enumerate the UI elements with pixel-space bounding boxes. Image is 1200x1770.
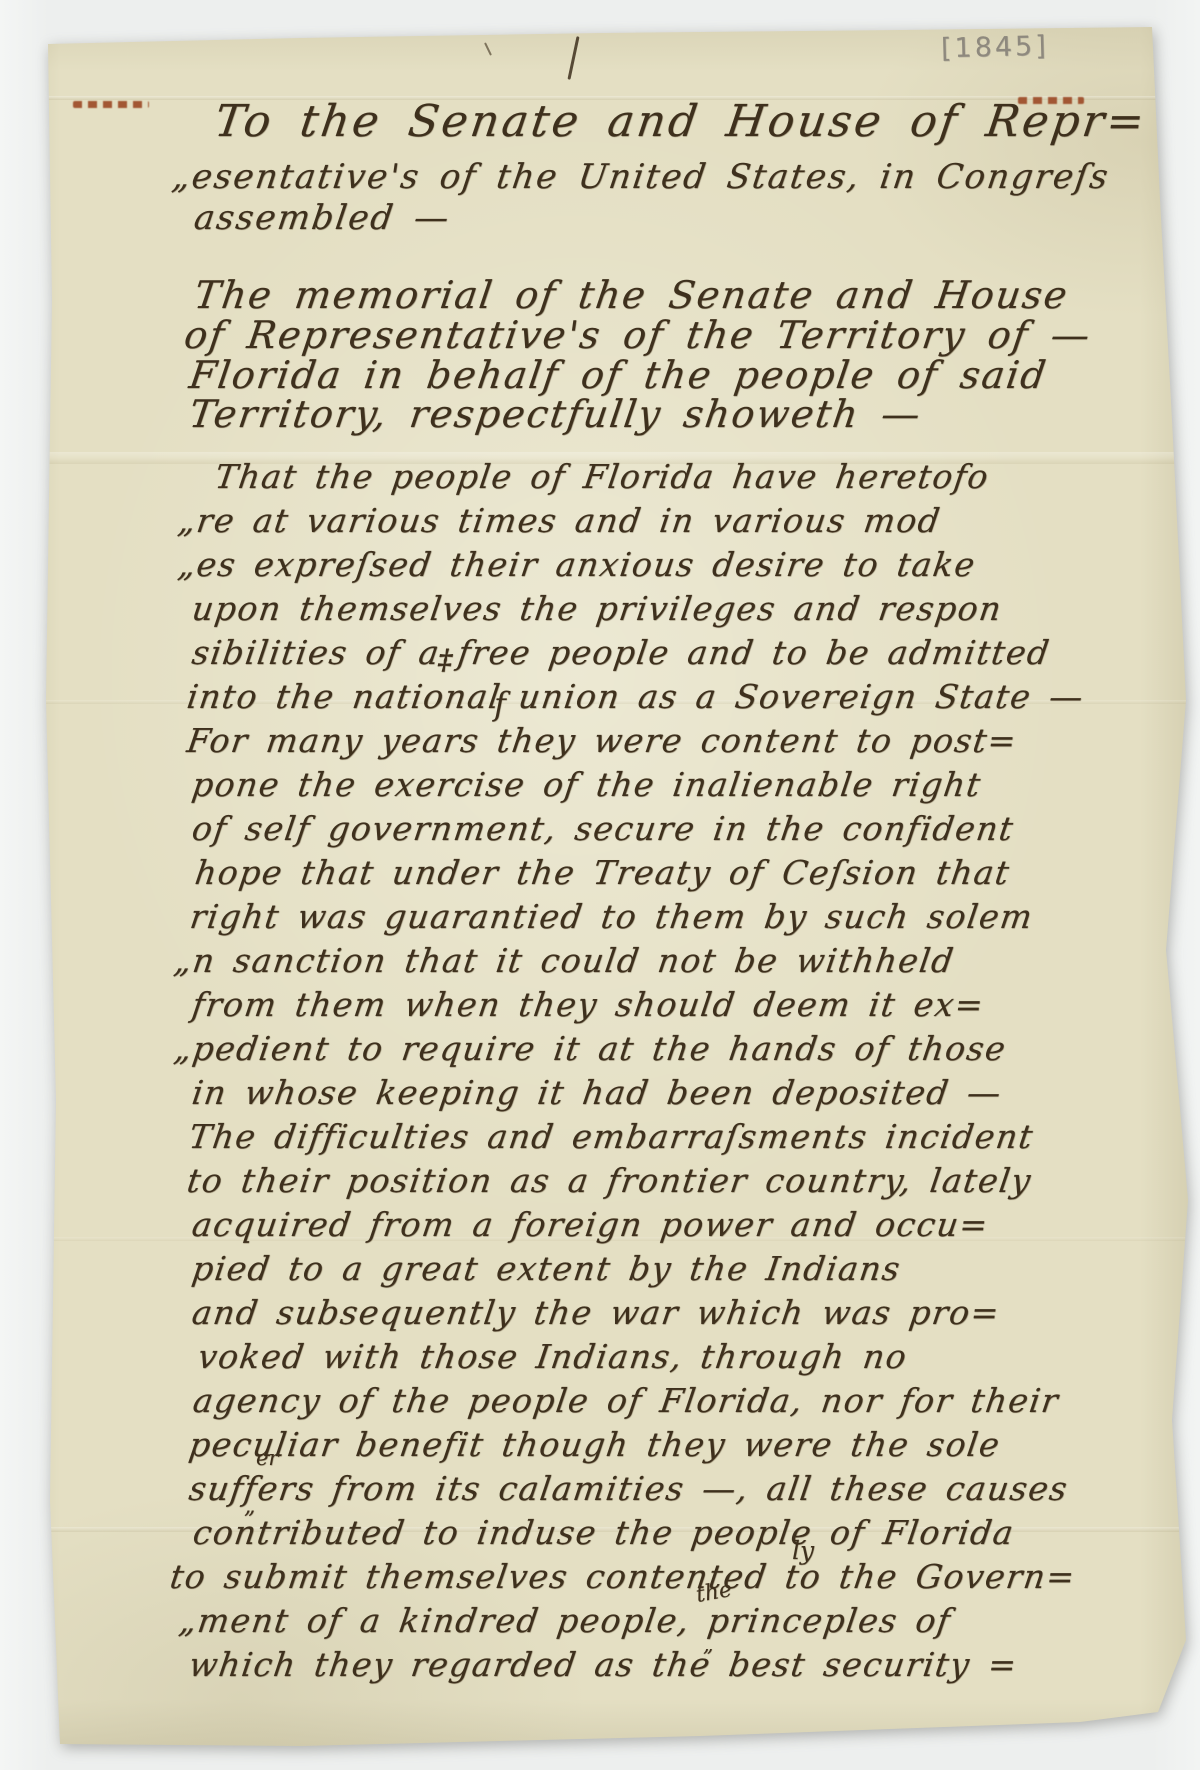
manuscript-line: to submit themselves contented to the Go… [168, 1560, 1078, 1593]
manuscript-line: That the people of Florida have heretofo [213, 460, 991, 493]
manuscript-line: pied to a great extent by the Indians [190, 1252, 903, 1285]
manuscript-line: suffers from its calamities —, all these… [187, 1472, 1070, 1505]
insertion-quote-mark: „ [703, 1634, 713, 1654]
pencil-year-annotation: [1845] [941, 31, 1050, 65]
manuscript-line: The memorial of the Senate and House [192, 276, 1071, 314]
manuscript-line: „es expreſsed their anxious desire to ta… [176, 548, 978, 581]
rust-stain [73, 101, 149, 108]
manuscript-line: Florida in behalf of the people of said [187, 356, 1050, 394]
paper-surface: [1845] To the Senate and House of Repr= … [0, 0, 1200, 1770]
document-scan: [1845] To the Senate and House of Repr= … [0, 0, 1200, 1770]
manuscript-line: upon themselves the privileges and respo… [190, 592, 1004, 625]
manuscript-line: „esentative's of the United States, in C… [170, 160, 1112, 194]
manuscript-line: right was guarantied to them by such sol… [188, 900, 1035, 933]
manuscript-line: „n sanction that it could not be withhel… [172, 944, 957, 977]
manuscript-line: voked with those Indians, through no [196, 1340, 910, 1373]
manuscript-line: to their position as a frontier country,… [185, 1164, 1034, 1197]
insertion-quote-mark: „ [244, 1496, 255, 1518]
manuscript-line: For many years they were content to post… [185, 724, 1019, 757]
paper-sheet: [1845] To the Senate and House of Repr= … [0, 0, 1200, 1770]
stray-ink-mark [567, 36, 579, 80]
inserted-word: ly [792, 1538, 814, 1563]
inserted-letter: f [494, 688, 506, 720]
manuscript-line: into the national union as a Sovereign S… [185, 680, 1086, 713]
manuscript-line: acquired from a foreign power and occu= [190, 1208, 991, 1241]
manuscript-line: contributed to induse the people of Flor… [191, 1516, 1017, 1549]
stray-ink-mark [484, 42, 492, 55]
manuscript-line: To the Senate and House of Repr= [212, 100, 1150, 144]
manuscript-line: and subsequently the war which was pro= [190, 1296, 1002, 1329]
manuscript-line: „pedient to require it at the hands of t… [172, 1032, 1009, 1065]
manuscript-line: „re at various times and in various mod [176, 504, 943, 537]
manuscript-line: of Representative's of the Territory of … [182, 316, 1094, 354]
caret-mark: ‡ [438, 646, 453, 674]
manuscript-line: of self government, secure in the confid… [190, 812, 1016, 845]
inserted-word: er [256, 1448, 278, 1469]
manuscript-line: pone the exercise of the inalienable rig… [190, 768, 984, 801]
manuscript-line: sibilities of a free people and to be ad… [190, 636, 1052, 669]
manuscript-line: in whose keeping it had been deposited — [190, 1076, 1004, 1109]
manuscript-line: agency of the people of Florida, nor for… [191, 1384, 1061, 1417]
manuscript-line: which they regarded as the best security… [187, 1648, 1020, 1681]
manuscript-line: Territory, respectfully showeth — [187, 395, 924, 433]
manuscript-line: The difficulties and embarraſsments inci… [187, 1120, 1036, 1153]
manuscript-line: hope that under the Treaty of Ceſsion th… [193, 856, 1012, 889]
manuscript-line: „ment of a kindred people, princeples of [177, 1604, 953, 1637]
manuscript-line: peculiar benefit though they were the so… [187, 1428, 1003, 1461]
manuscript-line: from them when they should deem it ex= [190, 988, 987, 1021]
manuscript-line: assembled — [192, 201, 453, 235]
